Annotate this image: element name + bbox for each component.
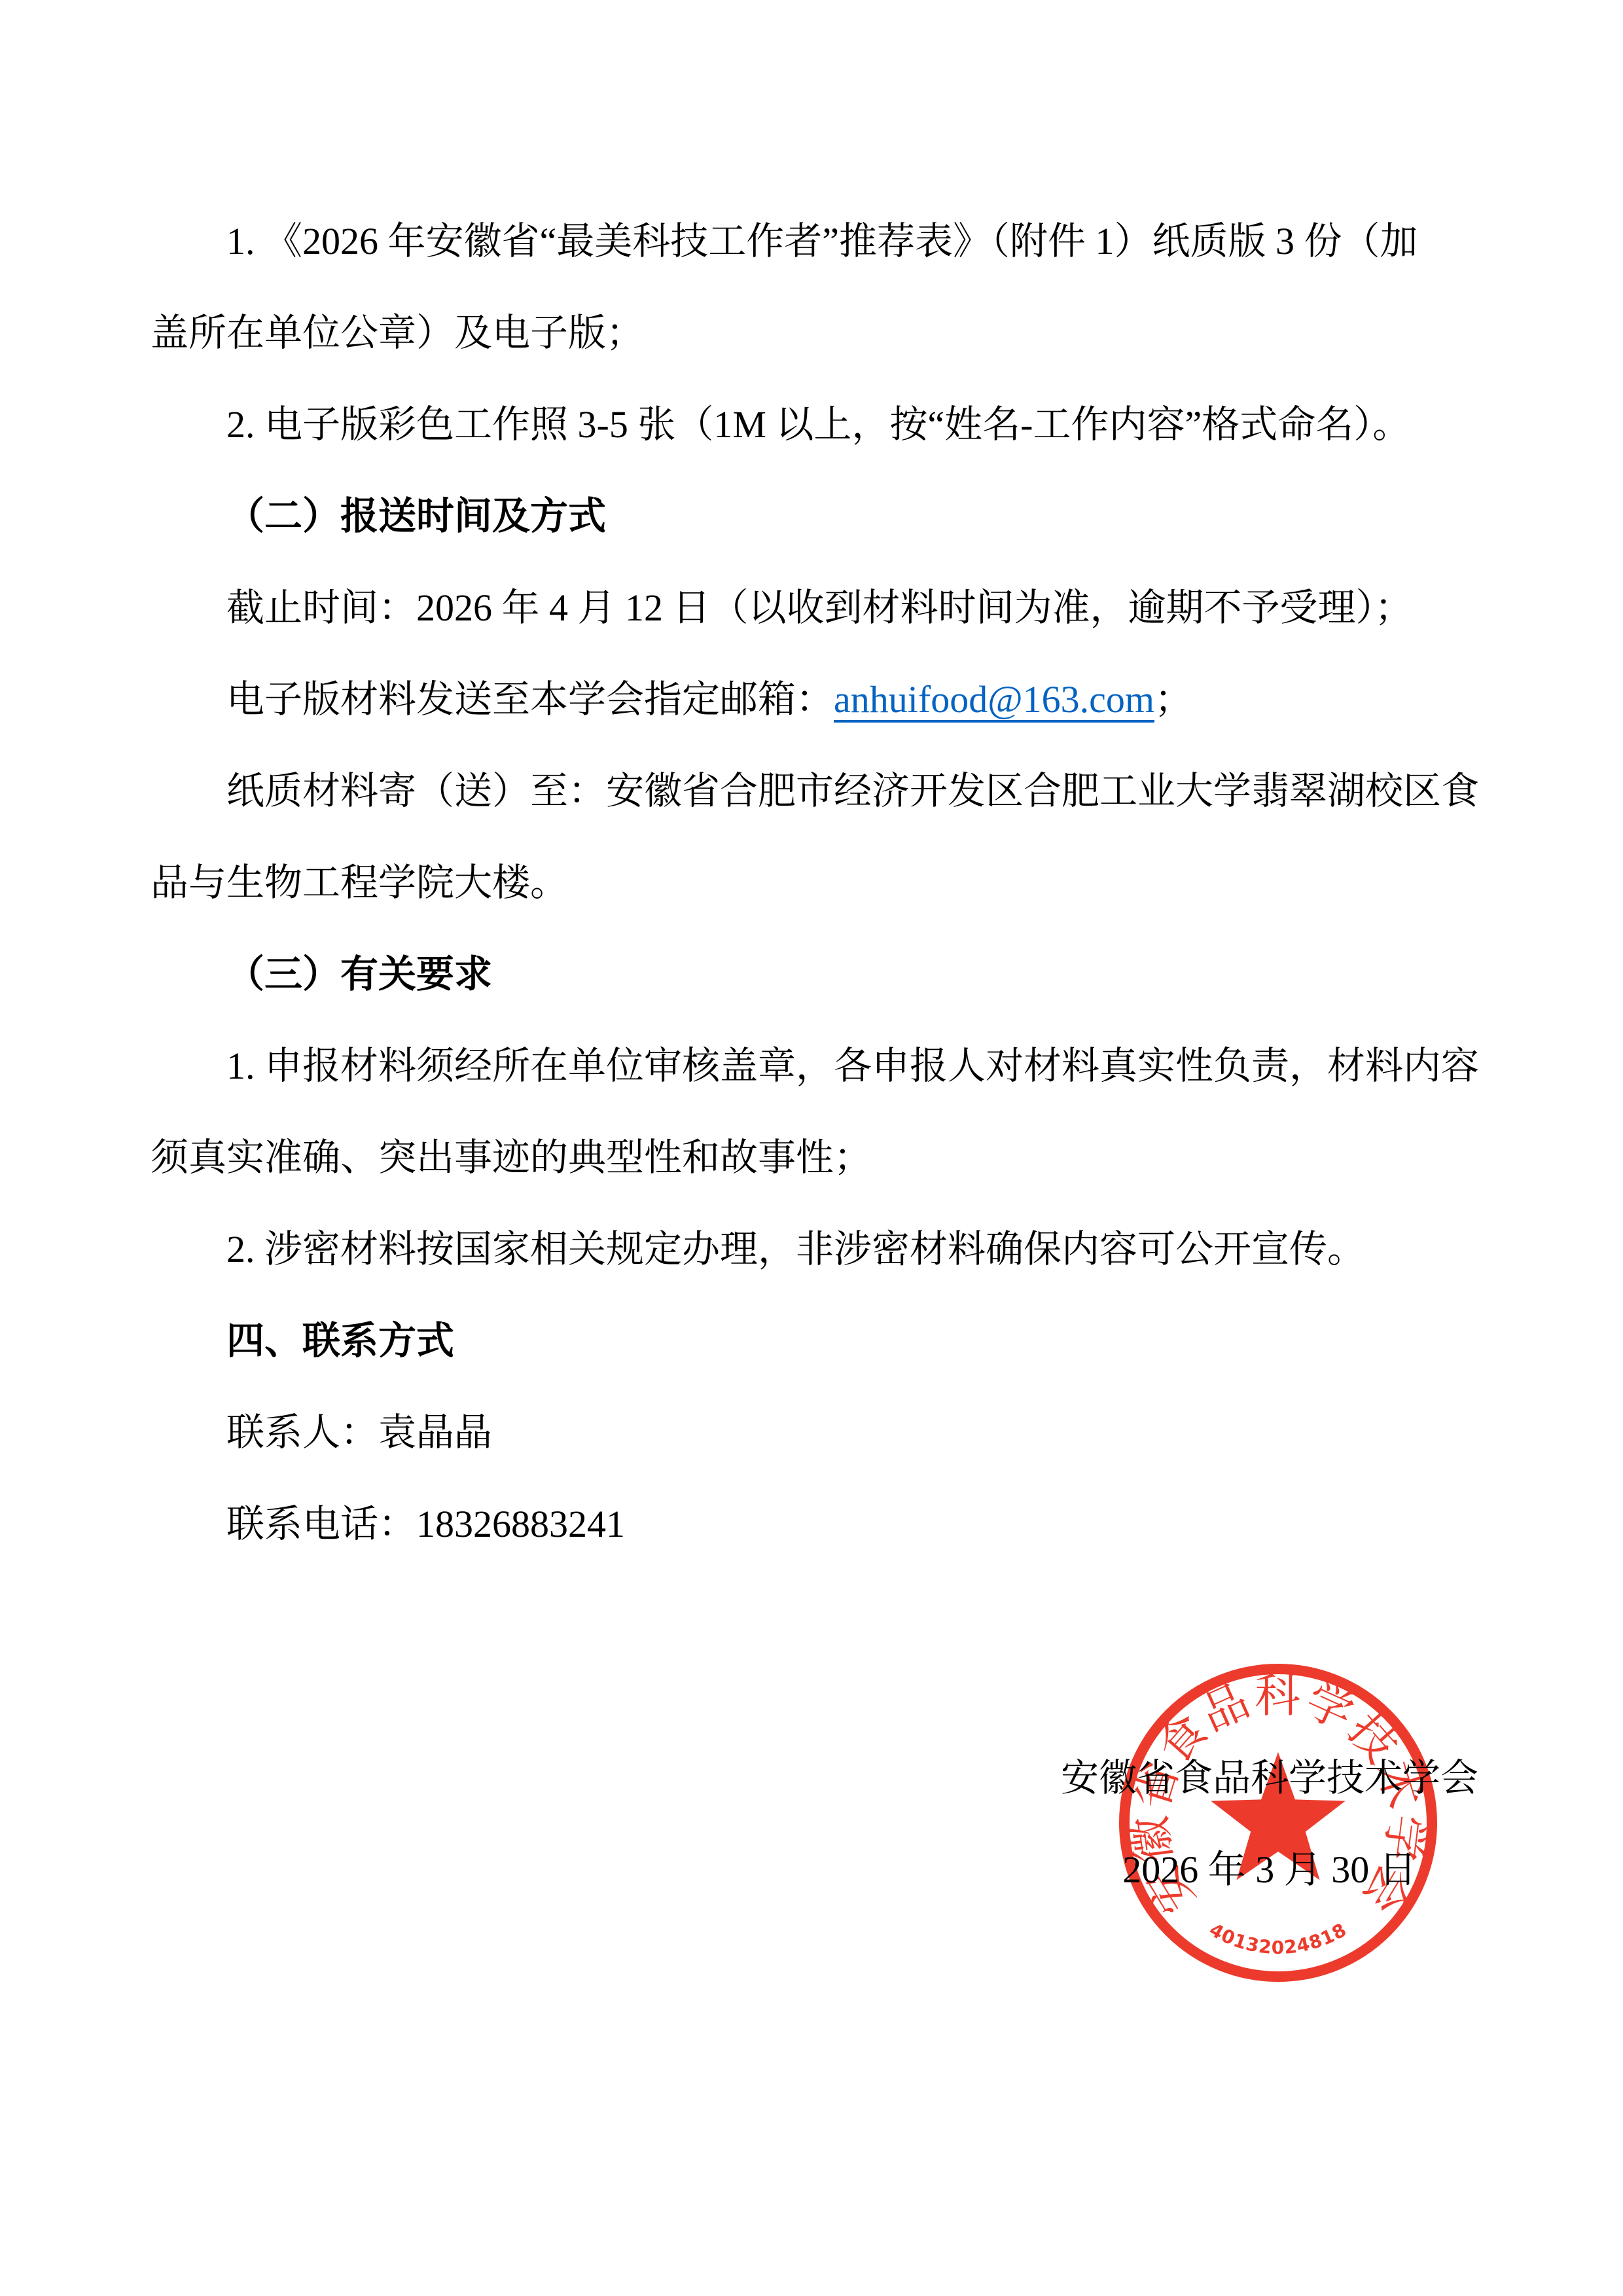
email-line-suffix: ； <box>1154 678 1192 721</box>
official-seal-icon: 安徽省食品科学技术学会 3401320248180 <box>1095 1640 1461 2006</box>
doc-line: 纸质材料寄（送）至：安徽省合肥市经济开发区合肥工业大学翡翠湖校区食 <box>151 745 1472 837</box>
doc-line: 1. 《2026 年安徽省“最美科技工作者”推荐表》（附件 1）纸质版 3 份（… <box>151 196 1472 287</box>
doc-line: 须真实准确、突出事迹的典型性和故事性； <box>151 1112 1472 1204</box>
section-heading: 四、联系方式 <box>151 1295 1472 1387</box>
seal-star-icon <box>1211 1752 1345 1880</box>
email-link[interactable]: anhuifood@163.com <box>834 678 1154 721</box>
doc-line: 盖所在单位公章）及电子版； <box>151 287 1472 379</box>
doc-line: 联系电话：18326883241 <box>151 1479 1472 1570</box>
doc-line-email: 电子版材料发送至本学会指定邮箱：anhuifood@163.com； <box>151 654 1472 745</box>
doc-line: 2. 电子版彩色工作照 3-5 张（1M 以上，按“姓名-工作内容”格式命名）。 <box>151 379 1472 471</box>
doc-line: 1. 申报材料须经所在单位审核盖章，各申报人对材料真实性负责，材料内容 <box>151 1020 1472 1112</box>
section-heading: （三）有关要求 <box>151 929 1472 1020</box>
doc-line: 联系人：袁晶晶 <box>151 1387 1472 1479</box>
doc-line: 截止时间：2026 年 4 月 12 日（以收到材料时间为准，逾期不予受理）； <box>151 562 1472 654</box>
section-heading: （二）报送时间及方式 <box>151 471 1472 562</box>
document-page: 1. 《2026 年安徽省“最美科技工作者”推荐表》（附件 1）纸质版 3 份（… <box>0 0 1623 2296</box>
email-line-prefix: 电子版材料发送至本学会指定邮箱： <box>226 678 834 721</box>
document-body: 1. 《2026 年安徽省“最美科技工作者”推荐表》（附件 1）纸质版 3 份（… <box>151 196 1472 1570</box>
doc-line: 2. 涉密材料按国家相关规定办理，非涉密材料确保内容可公开宣传。 <box>151 1204 1472 1295</box>
doc-line: 品与生物工程学院大楼。 <box>151 837 1472 929</box>
